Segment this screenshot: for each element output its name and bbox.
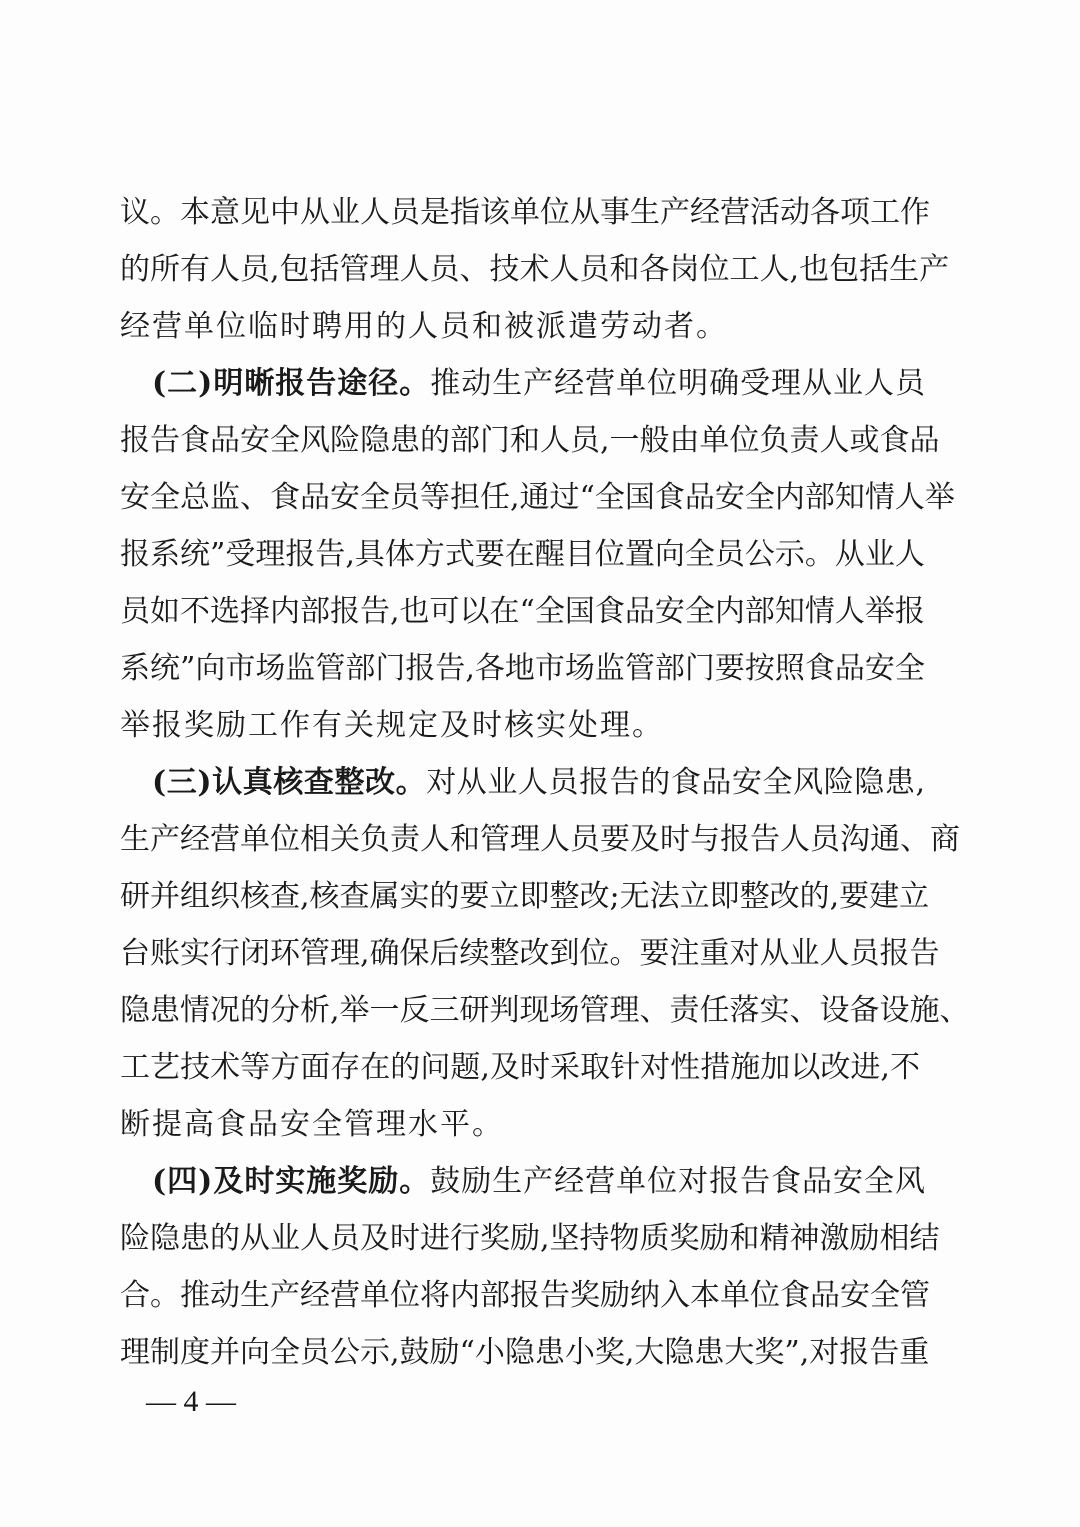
line-text: 举报奖励工作有关规定及时核实处理。 bbox=[120, 708, 664, 743]
line-text: 报系统”受理报告,具体方式要在醒目位置向全员公示。从业人 bbox=[120, 537, 925, 572]
line-text: 鼓励生产经营单位对报告食品安全风 bbox=[430, 1164, 926, 1199]
body-text-line: 员如不选择内部报告,也可以在“全国食品安全内部知情人举报 bbox=[120, 592, 920, 632]
body-text-line: 研并组织核查,核查属实的要立即整改;无法立即整改的,要建立 bbox=[120, 877, 920, 917]
body-text-line: 合。推动生产经营单位将内部报告奖励纳入本单位食品安全管 bbox=[120, 1276, 920, 1316]
body-text-line: 的所有人员,包括管理人员、技术人员和各岗位工人,也包括生产 bbox=[120, 250, 920, 290]
body-text-line: 报告食品安全风险隐患的部门和人员,一般由单位负责人或食品 bbox=[120, 421, 920, 461]
section-heading-line: (四)及时实施奖励。鼓励生产经营单位对报告食品安全风 bbox=[152, 1162, 920, 1202]
line-text: 险隐患的从业人员及时进行奖励,坚持物质奖励和精神激励相结 bbox=[120, 1221, 940, 1256]
section-heading-line: (三)认真核查整改。对从业人员报告的食品安全风险隐患, bbox=[152, 763, 920, 803]
line-text: 隐患情况的分析,举一反三研判现场管理、责任落实、设备设施、 bbox=[120, 993, 970, 1028]
line-text: 推动生产经营单位明确受理从业人员 bbox=[430, 366, 926, 401]
line-text: 研并组织核查,核查属实的要立即整改;无法立即整改的,要建立 bbox=[120, 879, 929, 914]
body-text-line: 理制度并向全员公示,鼓励“小隐患小奖,大隐患大奖”,对报告重 bbox=[120, 1333, 920, 1373]
line-text: 台账实行闭环管理,确保后续整改到位。要注重对从业人员报告 bbox=[120, 936, 940, 971]
document-page: 议。本意见中从业人员是指该单位从事生产经营活动各项工作的所有人员,包括管理人员、… bbox=[0, 0, 1080, 1527]
body-text-line: 险隐患的从业人员及时进行奖励,坚持物质奖励和精神激励相结 bbox=[120, 1219, 920, 1259]
body-text-line: 台账实行闭环管理,确保后续整改到位。要注重对从业人员报告 bbox=[120, 934, 920, 974]
line-text: 议。本意见中从业人员是指该单位从事生产经营活动各项工作 bbox=[120, 195, 930, 230]
body-text-line: 经营单位临时聘用的人员和被派遣劳动者。 bbox=[120, 307, 920, 347]
section-heading: (三)认真核查整改。 bbox=[152, 765, 426, 800]
body-text-line: 生产经营单位相关负责人和管理人员要及时与报告人员沟通、商 bbox=[120, 820, 920, 860]
line-text: 断提高食品安全管理水平。 bbox=[120, 1107, 504, 1142]
body-text-line: 工艺技术等方面存在的问题,及时采取针对性措施加以改进,不 bbox=[120, 1048, 920, 1088]
body-text-line: 议。本意见中从业人员是指该单位从事生产经营活动各项工作 bbox=[120, 193, 920, 233]
line-text: 报告食品安全风险隐患的部门和人员,一般由单位负责人或食品 bbox=[120, 423, 940, 458]
line-text: 系统”向市场监管部门报告,各地市场监管部门要按照食品安全 bbox=[120, 651, 925, 686]
body-text-line: 隐患情况的分析,举一反三研判现场管理、责任落实、设备设施、 bbox=[120, 991, 920, 1031]
page-number: — 4 — bbox=[146, 1382, 236, 1422]
line-text: 理制度并向全员公示,鼓励“小隐患小奖,大隐患大奖”,对报告重 bbox=[120, 1335, 929, 1370]
line-text: 的所有人员,包括管理人员、技术人员和各岗位工人,也包括生产 bbox=[120, 252, 949, 287]
line-text: 员如不选择内部报告,也可以在“全国食品安全内部知情人举报 bbox=[120, 594, 925, 629]
body-text-line: 系统”向市场监管部门报告,各地市场监管部门要按照食品安全 bbox=[120, 649, 920, 689]
section-heading-line: (二)明晰报告途径。推动生产经营单位明确受理从业人员 bbox=[152, 364, 920, 404]
line-text: 经营单位临时聘用的人员和被派遣劳动者。 bbox=[120, 309, 728, 344]
line-text: 合。推动生产经营单位将内部报告奖励纳入本单位食品安全管 bbox=[120, 1278, 930, 1313]
body-text-line: 断提高食品安全管理水平。 bbox=[120, 1105, 920, 1145]
line-text: 安全总监、食品安全员等担任,通过“全国食品安全内部知情人举 bbox=[120, 480, 955, 515]
section-heading: (二)明晰报告途径。 bbox=[152, 366, 430, 401]
section-heading: (四)及时实施奖励。 bbox=[152, 1164, 430, 1199]
body-text-line: 举报奖励工作有关规定及时核实处理。 bbox=[120, 706, 920, 746]
line-text: 对从业人员报告的食品安全风险隐患, bbox=[426, 765, 925, 800]
line-text: 生产经营单位相关负责人和管理人员要及时与报告人员沟通、商 bbox=[120, 822, 960, 857]
line-text: 工艺技术等方面存在的问题,及时采取针对性措施加以改进,不 bbox=[120, 1050, 920, 1085]
body-text-line: 报系统”受理报告,具体方式要在醒目位置向全员公示。从业人 bbox=[120, 535, 920, 575]
body-text-line: 安全总监、食品安全员等担任,通过“全国食品安全内部知情人举 bbox=[120, 478, 920, 518]
